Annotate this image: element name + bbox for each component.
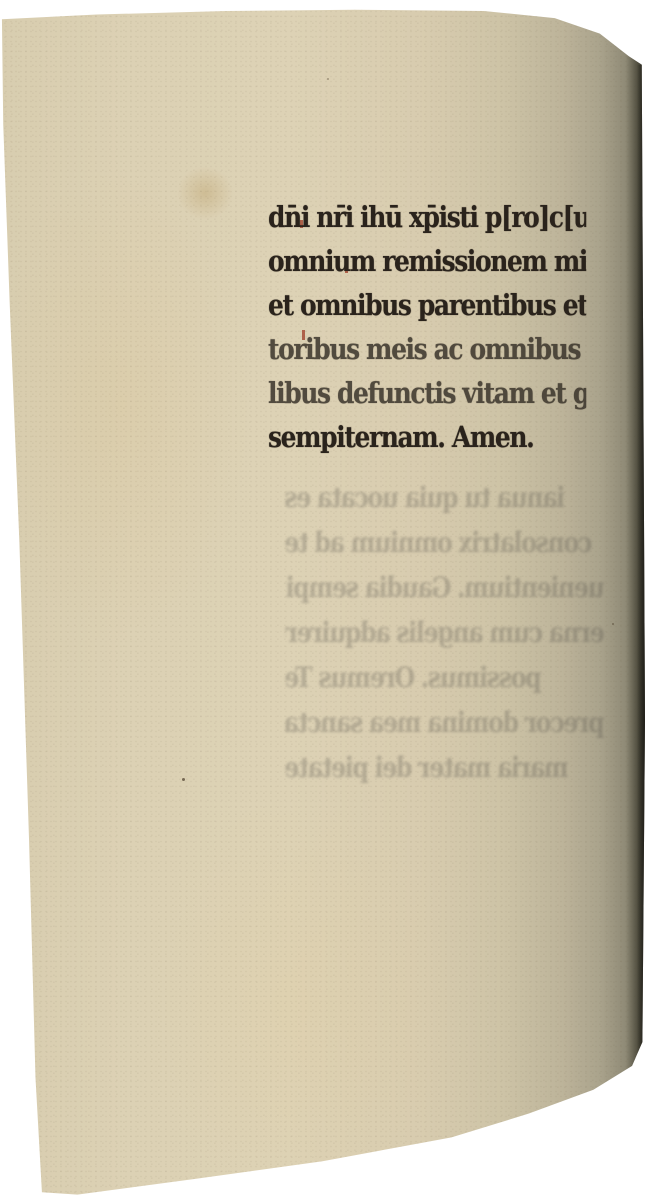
bleed-line-4: erna cum angelis adquirere <box>285 610 604 655</box>
bleed-line-1: ianua tu quia uocata es <box>285 475 604 520</box>
text-line-2: omnium remissionem mih[i] <box>268 239 586 283</box>
bleed-line-2: consolatrix omnium ad te <box>285 520 604 565</box>
bleed-line-7: maria mater dei pietate <box>285 745 604 790</box>
bleed-line-3: uenientium. Gaudia sempit <box>285 565 604 610</box>
ink-speck <box>327 78 329 80</box>
text-line-6: sempiternam. Amen. <box>268 415 586 459</box>
page-edge-shadow <box>637 65 645 1065</box>
bleed-line-6: precor domina mea sancta <box>285 700 604 745</box>
ink-speck <box>182 778 185 781</box>
prayer-text-block: dn̄i nr̄i ihū xp̄isti p[ro]c[ur]a me[re]… <box>268 195 638 459</box>
text-line-1: dn̄i nr̄i ihū xp̄isti p[ro]c[ur]a me[re] <box>268 195 586 239</box>
text-line-3: et omnibus parentibus et benefac <box>268 283 586 327</box>
bleed-line-5: possimus. Oremus Te <box>285 655 604 700</box>
text-line-4: toribus meis ac omnibus fide <box>268 327 586 371</box>
text-line-5: libus defunctis vitam et glo[riam] <box>268 371 586 415</box>
bleed-through-text: ianua tu quia uocata es consolatrix omni… <box>255 475 635 790</box>
manuscript-page: dn̄i nr̄i ihū xp̄isti p[ro]c[ur]a me[re]… <box>0 5 645 1197</box>
